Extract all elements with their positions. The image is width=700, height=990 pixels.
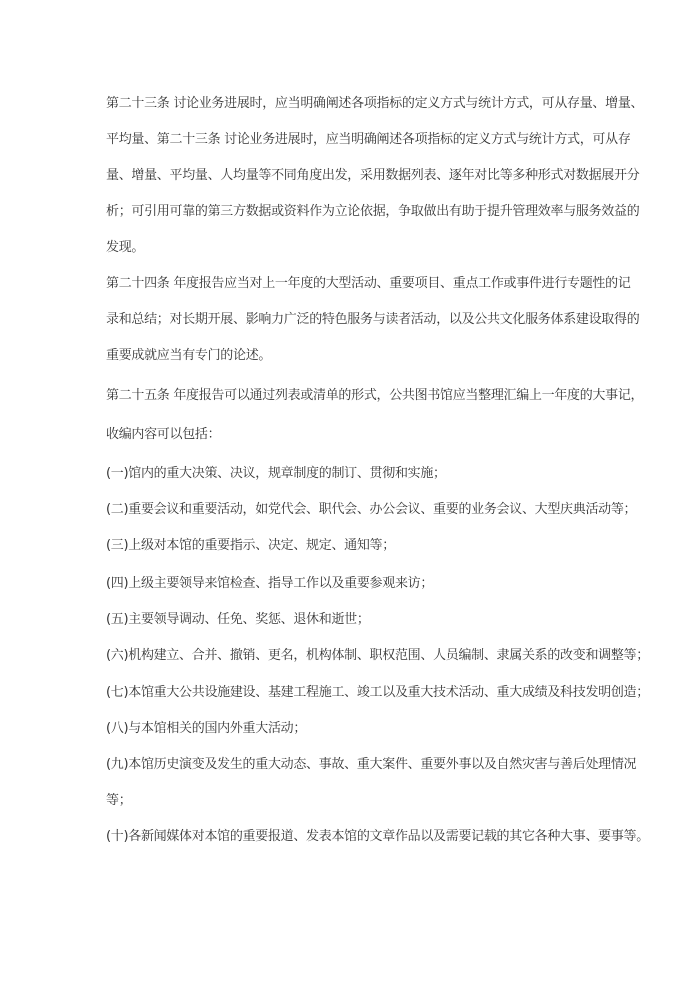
text-line: 析；可引用可靠的第三方数据或资料作为立论依据，争取做出有助于提升管理效率与服务效… xyxy=(106,204,639,220)
text-line: (四)上级主要领导来馆检查、指导工作以及重要参观来访； xyxy=(106,576,433,592)
text-line: (七)本馆重大公共设施建设、基建工程施工、竣工以及重大技术活动、重大成绩及科技发… xyxy=(106,685,649,701)
text-line: 第二十三条 讨论业务进展时，应当明确阐述各项指标的定义方式与统计方式，可从存量、… xyxy=(106,96,643,112)
text-line: 量、增量、平均量、人均量等不同角度出发，采用数据列表、逐年对比等多种形式对数据展… xyxy=(106,168,639,184)
text-line: 等； xyxy=(106,793,131,809)
text-line: 收编内容可以包括： xyxy=(106,427,220,443)
text-line: (五)主要领导调动、任免、奖惩、退休和逝世； xyxy=(106,612,370,628)
text-line: 第二十四条 年度报告应当对上一年度的大型活动、重要项目、重点工作或事件进行专题性… xyxy=(106,276,631,292)
text-line: 平均量、第二十三条 讨论业务进展时，应当明确阐述各项指标的定义方式与统计方式，可… xyxy=(106,132,631,148)
text-line: 发现。 xyxy=(106,240,144,256)
text-line: 第二十五条 年度报告可以通过列表或清单的形式，公共图书馆应当整理汇编上一年度的大… xyxy=(106,388,643,404)
text-line: (六)机构建立、合并、撤销、更名，机构体制、职权范围、人员编制、隶属关系的改变和… xyxy=(106,648,649,664)
text-line: (十)各新闻媒体对本馆的重要报道、发表本馆的文章作品以及需要记载的其它各种大事、… xyxy=(106,829,649,845)
text-line: 录和总结；对长期开展、影响力广泛的特色服务与读者活动，以及公共文化服务体系建设取… xyxy=(106,312,639,328)
text-line: 重要成就应当有专门的论述。 xyxy=(106,348,271,364)
text-line: (二)重要会议和重要活动，如党代会、职代会、办公会议、重要的业务会议、大型庆典活… xyxy=(106,502,636,518)
text-line: (九)本馆历史演变及发生的重大动态、事故、重大案件、重要外事以及自然灾害与善后处… xyxy=(106,757,636,773)
text-line: (一)馆内的重大决策、决议，规章制度的制订、贯彻和实施； xyxy=(106,466,446,482)
text-line: (八)与本馆相关的国内外重大活动； xyxy=(106,721,306,737)
text-line: (三)上级对本馆的重要指示、决定、规定、通知等； xyxy=(106,538,395,554)
